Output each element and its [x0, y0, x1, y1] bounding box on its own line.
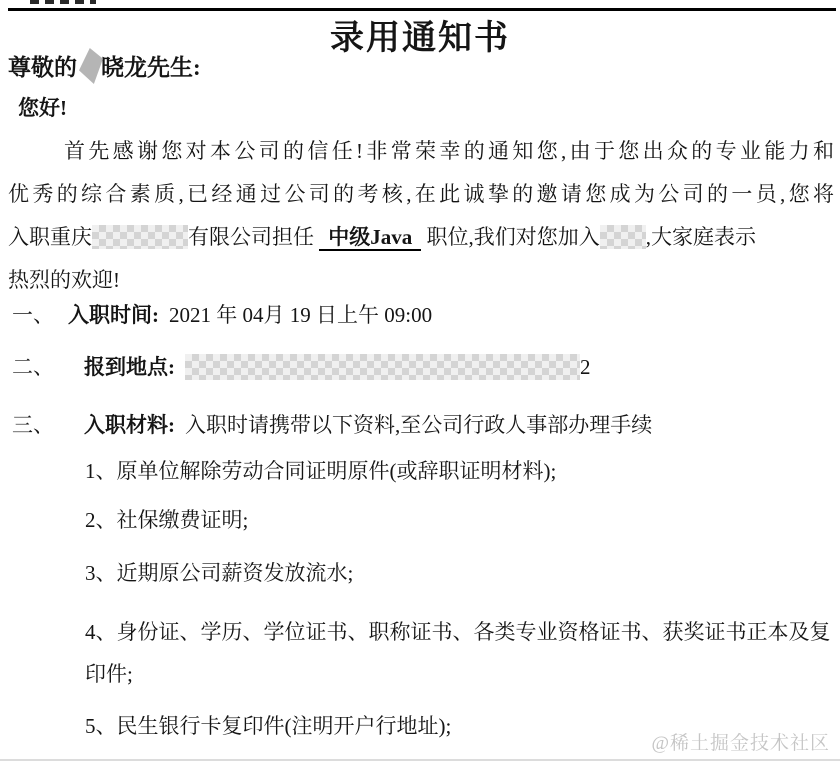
redacted-team-name-mosaic	[600, 225, 646, 249]
section-onboarding-time: 一、入职时间:2021 年 04月 19 日上午 09:00	[12, 300, 832, 330]
section-number: 三、	[12, 410, 68, 440]
greeting-suffix: 晓龙先生:	[101, 55, 201, 80]
section-label: 入职时间:	[68, 303, 159, 327]
paragraph-line-3-text-d: ,大家庭表示	[646, 225, 756, 249]
material-item-3: 3、近期原公司薪资发放流水;	[85, 552, 353, 594]
redacted-name-blob	[79, 48, 103, 84]
material-item-5: 5、民生银行卡复印件(注明开户行地址);	[85, 705, 451, 747]
section-number: 二、	[12, 352, 68, 382]
cropped-header-text-fragment	[30, 0, 96, 4]
address-visible-suffix: 2	[580, 355, 591, 379]
onboarding-time-value: 2021 年 04月 19 日上午 09:00	[169, 303, 432, 327]
paragraph-line-3: 入职重庆有限公司担任 中级Java 职位,我们对您加入,大家庭表示	[8, 216, 834, 259]
paragraph-line-1: 首先感谢您对本公司的信任!非常荣幸的通知您,由于您出众的专业能力和	[8, 130, 834, 173]
section-report-location: 二、报到地点:2	[12, 352, 832, 382]
redacted-address-mosaic	[185, 354, 580, 380]
material-item-4: 4、身份证、学历、学位证书、职称证书、各类专业资格证书、获奖证书正本及复印件;	[85, 611, 833, 695]
offer-letter-page: 录用通知书 尊敬的晓龙先生: 您好! 首先感谢您对本公司的信任!非常荣幸的通知您…	[0, 0, 840, 761]
paragraph-line-3-text-a: 入职重庆	[8, 225, 92, 249]
redacted-company-name-mosaic	[92, 225, 188, 249]
paragraph-line-4: 热烈的欢迎!	[8, 259, 834, 302]
paragraph-line-3-text-b: 有限公司担任	[188, 225, 314, 249]
section-onboarding-materials: 三、入职材料:入职时请携带以下资料,至公司行政人事部办理手续	[12, 410, 832, 440]
section-label: 入职材料:	[84, 413, 175, 437]
paragraph-line-3-text-c: 职位,我们对您加入	[427, 225, 600, 249]
body-paragraph: 首先感谢您对本公司的信任!非常荣幸的通知您,由于您出众的专业能力和 优秀的综合素…	[8, 130, 834, 302]
section-label: 报到地点:	[84, 355, 175, 379]
material-item-2: 2、社保缴费证明;	[85, 499, 248, 541]
greeting-prefix: 尊敬的	[8, 55, 77, 80]
section-number: 一、	[12, 300, 68, 330]
salutation: 您好!	[18, 92, 67, 122]
paragraph-line-2: 优秀的综合素质,已经通过公司的考核,在此诚挚的邀请您成为公司的一员,您将	[8, 173, 834, 216]
material-item-1: 1、原单位解除劳动合同证明原件(或辞职证明材料);	[85, 450, 556, 492]
materials-intro: 入职时请携带以下资料,至公司行政人事部办理手续	[185, 413, 652, 437]
position-title: 中级Java	[319, 225, 421, 251]
watermark: @稀土掘金技术社区	[652, 728, 831, 755]
greeting-line: 尊敬的晓龙先生:	[8, 48, 201, 84]
